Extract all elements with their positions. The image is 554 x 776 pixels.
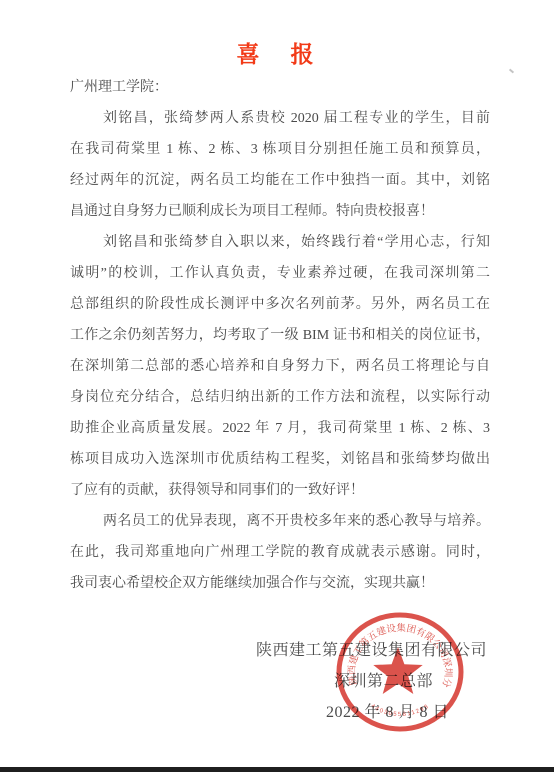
letter-body: 广州理工学院： 刘铭昌，张绮梦两人系贵校 2020 届工程专业的学生，目前 在我… xyxy=(70,72,490,599)
body-line: 栋项目成功入选深圳市优质结构工程奖，刘铭昌和张绮梦均做出 xyxy=(70,444,490,475)
body-line: 身岗位充分结合，总结归纳出新的工作方法和流程，以实际行动 xyxy=(70,382,490,413)
page-title: 喜 报 xyxy=(0,36,554,69)
body-line: 刘铭昌和张绮梦自入职以来，始终践行着“学用心志，行知 xyxy=(70,227,490,258)
scan-bottom-edge xyxy=(0,767,554,772)
body-line: 刘铭昌，张绮梦两人系贵校 2020 届工程专业的学生，目前 xyxy=(70,103,490,134)
body-line: 诚明”的校训，工作认真负责，专业素养过硬，在我司深圳第二 xyxy=(70,258,490,289)
body-line: 昌通过自身努力已顺利成长为项目工程师。特向贵校报喜！ xyxy=(70,196,490,227)
body-line: 在我司荷棠里 1 栋、2 栋、3 栋项目分别担任施工员和预算员， xyxy=(70,134,490,165)
document-page: 喜 报 广州理工学院： 刘铭昌，张绮梦两人系贵校 2020 届工程专业的学生，目… xyxy=(0,0,554,776)
body-line: 经过两年的沉淀，两名员工均能在工作中独挡一面。其中，刘铭 xyxy=(70,165,490,196)
body-line: 总部组织的阶段性成长测评中多次名列前茅。另外，两名员工在 xyxy=(70,289,490,320)
seal-serial-number: 4403055811298 xyxy=(370,703,431,718)
body-line: 在此，我司郑重地向广州理工学院的教育成就表示感谢。同时， xyxy=(70,537,490,568)
seal-star-icon xyxy=(373,647,422,694)
body-line: 两名员工的优异表现，离不开贵校多年来的悉心教导与培养。 xyxy=(70,506,490,537)
body-line: 工作之余仍刻苦努力，均考取了一级 BIM 证书和相关的岗位证书， xyxy=(70,320,490,351)
body-line: 助推企业高质量发展。2022 年 7 月，我司荷棠里 1 栋、2 栋、3 xyxy=(70,413,490,444)
scan-speck xyxy=(509,69,514,74)
salutation: 广州理工学院： xyxy=(70,72,490,103)
body-line: 了应有的贡献，获得领导和同事们的一致好评！ xyxy=(70,475,490,506)
body-line: 在深圳第二总部的悉心培养和自身努力下，两名员工将理论与自 xyxy=(70,351,490,382)
body-line: 我司衷心希望校企双方能继续加强合作与交流，实现共赢！ xyxy=(70,568,490,599)
company-seal-stamp: 陕西建工第五建设集团有限公司深圳分公司 4403055811298 xyxy=(330,610,470,738)
